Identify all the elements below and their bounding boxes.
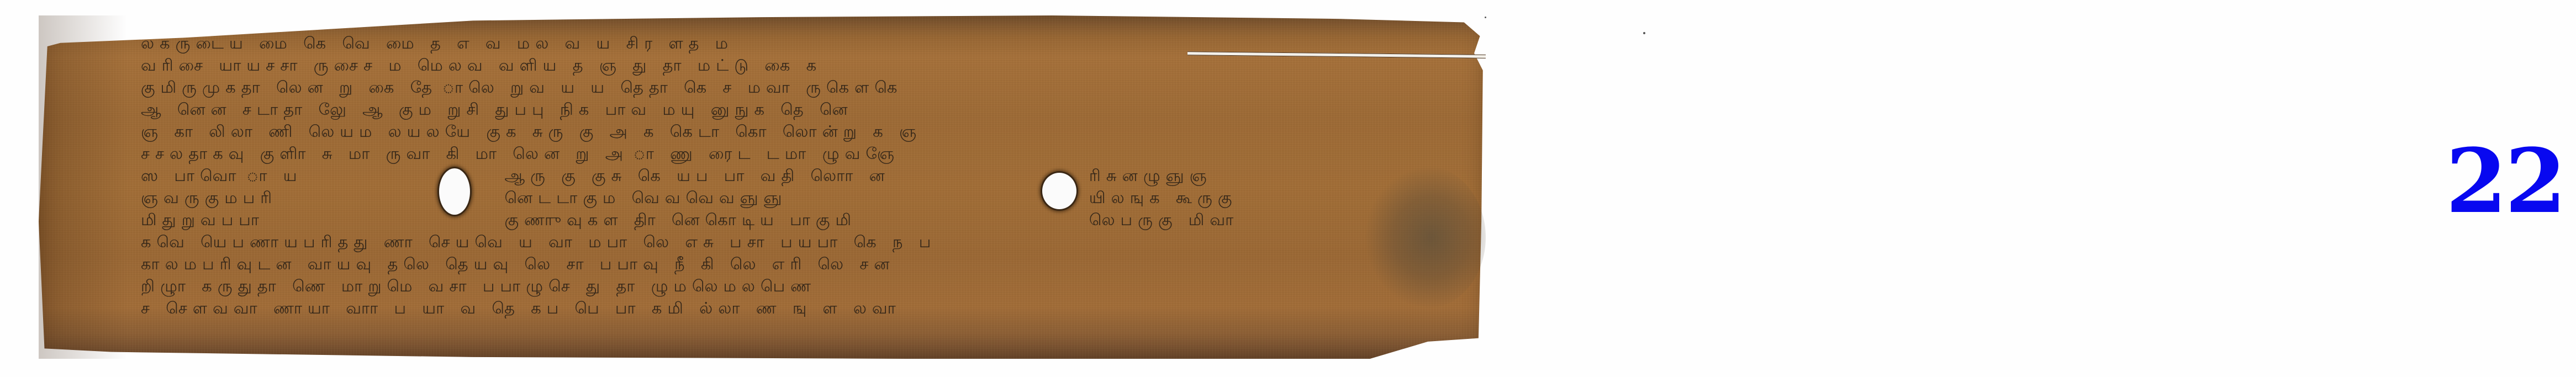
line-text-middle: ஆரு கு குசு கெ யப பா வதி லொா ன xyxy=(504,164,1001,187)
manuscript-line-13: ச செளவவா ணாயா வாா ப யா வ தெ கப பெ பா கமி… xyxy=(141,297,1339,319)
manuscript-line-7: ஸ பாவொ ா ய ஆரு கு குசு கெ யப பா வதி லொா … xyxy=(141,164,1339,187)
line-text: லகருடைய மை கெ வெ மை த எ வ மல வ ய சிர ளத … xyxy=(141,32,733,54)
scan-speck xyxy=(1643,32,1645,34)
line-text-right: கொ லொன்று க ஞ xyxy=(735,120,922,142)
manuscript-line-8: ஞவருகுமபரி னெடடாகும வெவவெவஞுஞு யிலஙுக கூ… xyxy=(141,187,1339,209)
scan-speck xyxy=(1485,17,1486,18)
line-text-right: யிலஙுக கூருகு xyxy=(1089,187,1238,209)
line-text: ச செளவவா ணாயா வாா ப யா வ தெ கப பெ பா கமி… xyxy=(141,297,901,319)
line-text: மிதுறுவபபா xyxy=(141,209,417,231)
line-text-right: லெபருகு மிவா xyxy=(1089,209,1239,231)
manuscript-line-11: காலமபரிவுடன வாயவு தலெ தெயவு லெ சா பபாவு … xyxy=(141,253,1339,275)
manuscript-line-4: ஆ னென சடாதா லுே ஆ கும றுசி துபபு நிக பாவ… xyxy=(141,98,1339,120)
manuscript-line-2: வரிசை யாயசசா ருசைச ம மெலவ வளிய த ஞ து தா… xyxy=(141,54,1339,76)
line-text: ஞவருகுமபரி xyxy=(141,187,417,209)
manuscript-line-3: குமிருமுகதா லென று கை தே ாலெ றுவ ய ய தெத… xyxy=(141,76,1339,98)
manuscript-text: லகருடைய மை கெ வெ மை த எ வ மல வ ய சிர ளத … xyxy=(141,32,1339,319)
binding-hole-right xyxy=(1041,171,1078,211)
line-text: காலமபரிவுடன வாயவு தலெ தெயவு லெ சா பபாவு … xyxy=(141,253,895,275)
line-text-right: ருகெளகெ xyxy=(806,76,902,98)
manuscript-line-1: லகருடைய மை கெ வெ மை த எ வ மல வ ய சிர ளத … xyxy=(141,32,1339,54)
line-text: ஞ கா லிலா ணி லெயம லயலயே குக சுரு கு அ க … xyxy=(141,120,725,142)
manuscript-line-10: கவெ யெபணாயபரிதது ணா செயவெ ய வா மபா லெ எச… xyxy=(141,231,1339,253)
manuscript-line-5: ஞ கா லிலா ணி லெயம லயலயே குக சுரு கு அ க … xyxy=(141,120,1339,142)
line-text-middle: னெடடாகும வெவவெவஞுஞு xyxy=(504,187,1001,209)
manuscript-line-6: சசலதாகவு குளிா சு மா ருவா கி மா லென று அ… xyxy=(141,142,1339,164)
line-text: குமிருமுகதா லென று கை தே ாலெ றுவ ய ய தெத… xyxy=(141,76,795,98)
line-text: ஆ னென சடாதா லுே ஆ கும றுசி துபபு நிக பாவ… xyxy=(141,98,700,120)
page-number: 22 xyxy=(2446,137,2564,225)
line-text-middle: குணாுவுகள திா னெகொடிய பாகுமி xyxy=(504,209,1001,231)
line-text: றிழுா கருதுதா ணெ மாறுமெ வசா பபாழுசெ து த… xyxy=(141,275,816,297)
manuscript-line-9: மிதுறுவபபா குணாுவுகள திா னெகொடிய பாகுமி … xyxy=(141,209,1339,231)
line-text: ஸ பாவொ ா ய xyxy=(141,164,417,187)
line-text: வரிசை யாயசசா ருசைச ம மெலவ வளிய த ஞ து தா xyxy=(141,54,687,76)
line-text-right: ணு ரைட டமா ழுவஞே xyxy=(670,142,900,164)
line-text: சசலதாகவு குளிா சு மா ருவா கி மா லென று அ… xyxy=(141,142,659,164)
line-text-right: மட்டு கை க xyxy=(698,54,822,76)
line-text: கவெ யெபணாயபரிதது ணா செயவெ ய வா மபா லெ எச… xyxy=(141,231,936,253)
line-text-right: னுநுக தெ னெ xyxy=(711,98,853,120)
line-text-right: ரிசுனழுஞுஞ xyxy=(1089,164,1212,187)
manuscript-line-12: றிழுா கருதுதா ணெ மாறுமெ வசா பபாழுசெ து த… xyxy=(141,275,1339,297)
binding-hole-left xyxy=(437,167,472,216)
